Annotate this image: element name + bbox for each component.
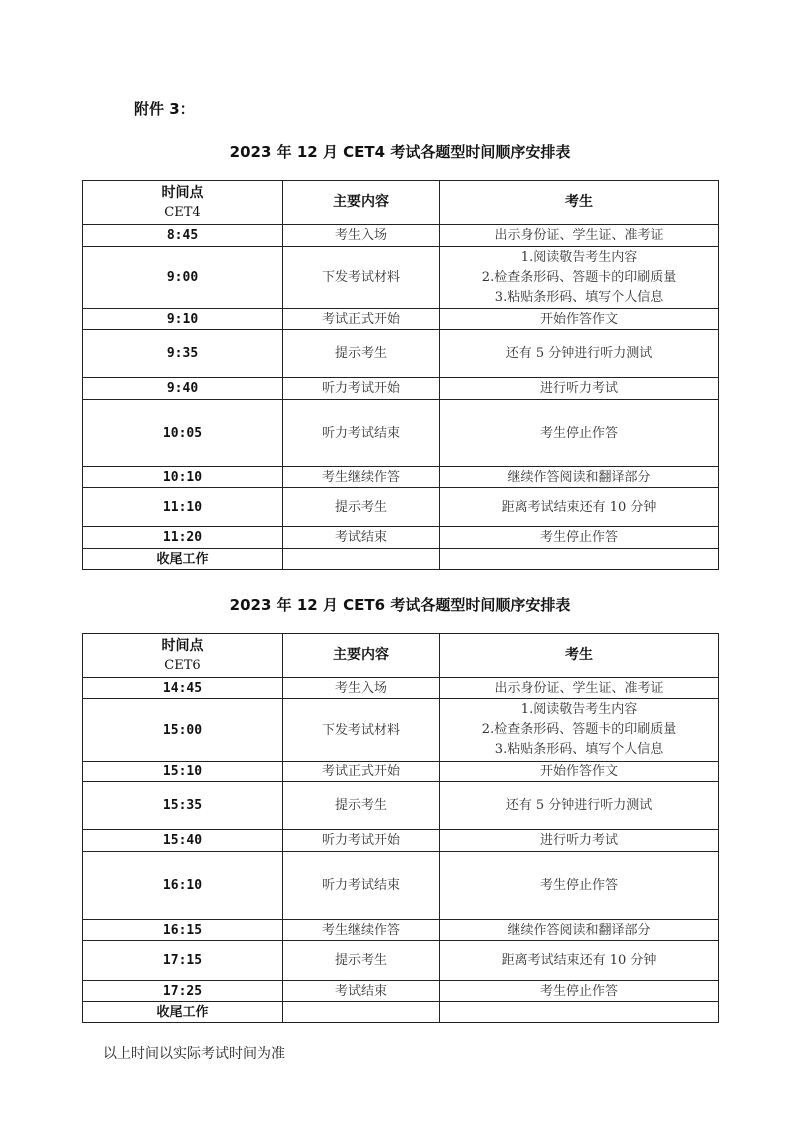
table-row: 10:05 听力考试结束 考生停止作答 xyxy=(83,400,719,467)
table-row: 9:40 听力考试开始 进行听力考试 xyxy=(83,378,719,400)
time-cell: 9:35 xyxy=(83,330,283,378)
header-candidate: 考生 xyxy=(440,181,719,225)
content-cell: 考试正式开始 xyxy=(283,309,440,330)
time-cell: 9:10 xyxy=(83,309,283,330)
footnote: 以上时间以实际考试时间为准 xyxy=(103,1043,285,1063)
attachment-label: 附件 3： xyxy=(134,98,195,119)
content-cell: 提示考生 xyxy=(283,488,440,527)
table-row: 15:40 听力考试开始 进行听力考试 xyxy=(83,830,719,852)
table-row: 9:35 提示考生 还有 5 分钟进行听力测试 xyxy=(83,330,719,378)
candidate-cell: 考生停止作答 xyxy=(440,400,719,467)
table-row: 9:00 下发考试材料 1.阅读敬告考生内容 2.检查条形码、答题卡的印刷质量 … xyxy=(83,247,719,309)
candidate-step-1: 1.阅读敬告考生内容 xyxy=(444,248,714,268)
content-cell: 听力考试开始 xyxy=(283,830,440,852)
candidate-cell: 1.阅读敬告考生内容 2.检查条形码、答题卡的印刷质量 3.粘贴条形码、填写个人… xyxy=(440,247,719,309)
time-cell: 11:20 xyxy=(83,527,283,549)
time-cell: 9:00 xyxy=(83,247,283,309)
candidate-cell: 考生停止作答 xyxy=(440,527,719,549)
table-row: 15:35 提示考生 还有 5 分钟进行听力测试 xyxy=(83,782,719,830)
candidate-cell: 开始作答作文 xyxy=(440,309,719,330)
candidate-cell: 进行听力考试 xyxy=(440,830,719,852)
table-row: 16:10 听力考试结束 考生停止作答 xyxy=(83,852,719,920)
closing-work-cell: 收尾工作 xyxy=(83,549,283,570)
time-cell: 11:10 xyxy=(83,488,283,527)
table-row: 11:20 考试结束 考生停止作答 xyxy=(83,527,719,549)
content-cell: 考生入场 xyxy=(283,678,440,699)
candidate-cell: 继续作答阅读和翻译部分 xyxy=(440,467,719,488)
content-cell: 考试正式开始 xyxy=(283,762,440,782)
time-cell: 15:40 xyxy=(83,830,283,852)
table-row: 16:15 考生继续作答 继续作答阅读和翻译部分 xyxy=(83,920,719,941)
time-cell: 9:40 xyxy=(83,378,283,400)
content-cell: 提示考生 xyxy=(283,782,440,830)
cet6-table-title: 2023 年 12 月 CET6 考试各题型时间顺序安排表 xyxy=(0,594,800,615)
candidate-cell xyxy=(440,1002,719,1023)
time-cell: 10:10 xyxy=(83,467,283,488)
table-row: 17:15 提示考生 距离考试结束还有 10 分钟 xyxy=(83,941,719,981)
table-row: 17:25 考试结束 考生停止作答 xyxy=(83,981,719,1002)
candidate-cell: 1.阅读敬告考生内容 2.检查条形码、答题卡的印刷质量 3.粘贴条形码、填写个人… xyxy=(440,699,719,762)
table-row: 14:45 考生入场 出示身份证、学生证、准考证 xyxy=(83,678,719,699)
time-cell: 15:00 xyxy=(83,699,283,762)
candidate-cell: 考生停止作答 xyxy=(440,981,719,1002)
time-cell: 14:45 xyxy=(83,678,283,699)
header-time-label: 时间点 xyxy=(162,185,204,201)
candidate-cell: 出示身份证、学生证、准考证 xyxy=(440,225,719,247)
table-row-closing: 收尾工作 xyxy=(83,1002,719,1023)
header-exam-level: CET4 xyxy=(87,203,278,222)
table-row: 15:00 下发考试材料 1.阅读敬告考生内容 2.检查条形码、答题卡的印刷质量… xyxy=(83,699,719,762)
closing-work-cell: 收尾工作 xyxy=(83,1002,283,1023)
header-content: 主要内容 xyxy=(283,181,440,225)
time-cell: 15:35 xyxy=(83,782,283,830)
header-content: 主要内容 xyxy=(283,634,440,678)
header-time: 时间点 CET6 xyxy=(83,634,283,678)
cet4-schedule-table: 时间点 CET4 主要内容 考生 8:45 考生入场 出示身份证、学生证、准考证… xyxy=(82,180,719,570)
content-cell: 考生继续作答 xyxy=(283,920,440,941)
content-cell: 听力考试开始 xyxy=(283,378,440,400)
table-row: 8:45 考生入场 出示身份证、学生证、准考证 xyxy=(83,225,719,247)
candidate-step-3: 3.粘贴条形码、填写个人信息 xyxy=(444,288,714,308)
candidate-cell: 开始作答作文 xyxy=(440,762,719,782)
header-time: 时间点 CET4 xyxy=(83,181,283,225)
table-row: 11:10 提示考生 距离考试结束还有 10 分钟 xyxy=(83,488,719,527)
content-cell: 提示考生 xyxy=(283,330,440,378)
table-row: 9:10 考试正式开始 开始作答作文 xyxy=(83,309,719,330)
time-cell: 17:15 xyxy=(83,941,283,981)
candidate-cell: 距离考试结束还有 10 分钟 xyxy=(440,941,719,981)
candidate-cell: 继续作答阅读和翻译部分 xyxy=(440,920,719,941)
candidate-cell: 还有 5 分钟进行听力测试 xyxy=(440,782,719,830)
content-cell: 听力考试结束 xyxy=(283,852,440,920)
table-row: 10:10 考生继续作答 继续作答阅读和翻译部分 xyxy=(83,467,719,488)
time-cell: 16:15 xyxy=(83,920,283,941)
content-cell: 考生继续作答 xyxy=(283,467,440,488)
content-cell: 考生入场 xyxy=(283,225,440,247)
table-row: 15:10 考试正式开始 开始作答作文 xyxy=(83,762,719,782)
header-candidate: 考生 xyxy=(440,634,719,678)
content-cell: 下发考试材料 xyxy=(283,699,440,762)
table-header-row: 时间点 CET4 主要内容 考生 xyxy=(83,181,719,225)
candidate-cell: 进行听力考试 xyxy=(440,378,719,400)
table-row-closing: 收尾工作 xyxy=(83,549,719,570)
header-exam-level: CET6 xyxy=(87,656,278,675)
content-cell: 听力考试结束 xyxy=(283,400,440,467)
candidate-cell: 出示身份证、学生证、准考证 xyxy=(440,678,719,699)
table-header-row: 时间点 CET6 主要内容 考生 xyxy=(83,634,719,678)
time-cell: 10:05 xyxy=(83,400,283,467)
content-cell: 考试结束 xyxy=(283,981,440,1002)
content-cell xyxy=(283,549,440,570)
candidate-step-2: 2.检查条形码、答题卡的印刷质量 xyxy=(444,268,714,288)
candidate-cell: 考生停止作答 xyxy=(440,852,719,920)
time-cell: 17:25 xyxy=(83,981,283,1002)
content-cell: 下发考试材料 xyxy=(283,247,440,309)
candidate-step-3: 3.粘贴条形码、填写个人信息 xyxy=(444,740,714,760)
time-cell: 16:10 xyxy=(83,852,283,920)
candidate-step-1: 1.阅读敬告考生内容 xyxy=(444,700,714,720)
candidate-step-2: 2.检查条形码、答题卡的印刷质量 xyxy=(444,720,714,740)
time-cell: 15:10 xyxy=(83,762,283,782)
content-cell: 考试结束 xyxy=(283,527,440,549)
candidate-cell: 还有 5 分钟进行听力测试 xyxy=(440,330,719,378)
content-cell: 提示考生 xyxy=(283,941,440,981)
content-cell xyxy=(283,1002,440,1023)
candidate-cell xyxy=(440,549,719,570)
cet4-table-title: 2023 年 12 月 CET4 考试各题型时间顺序安排表 xyxy=(0,141,800,162)
cet6-schedule-table: 时间点 CET6 主要内容 考生 14:45 考生入场 出示身份证、学生证、准考… xyxy=(82,633,719,1023)
candidate-cell: 距离考试结束还有 10 分钟 xyxy=(440,488,719,527)
header-time-label: 时间点 xyxy=(162,638,204,654)
time-cell: 8:45 xyxy=(83,225,283,247)
